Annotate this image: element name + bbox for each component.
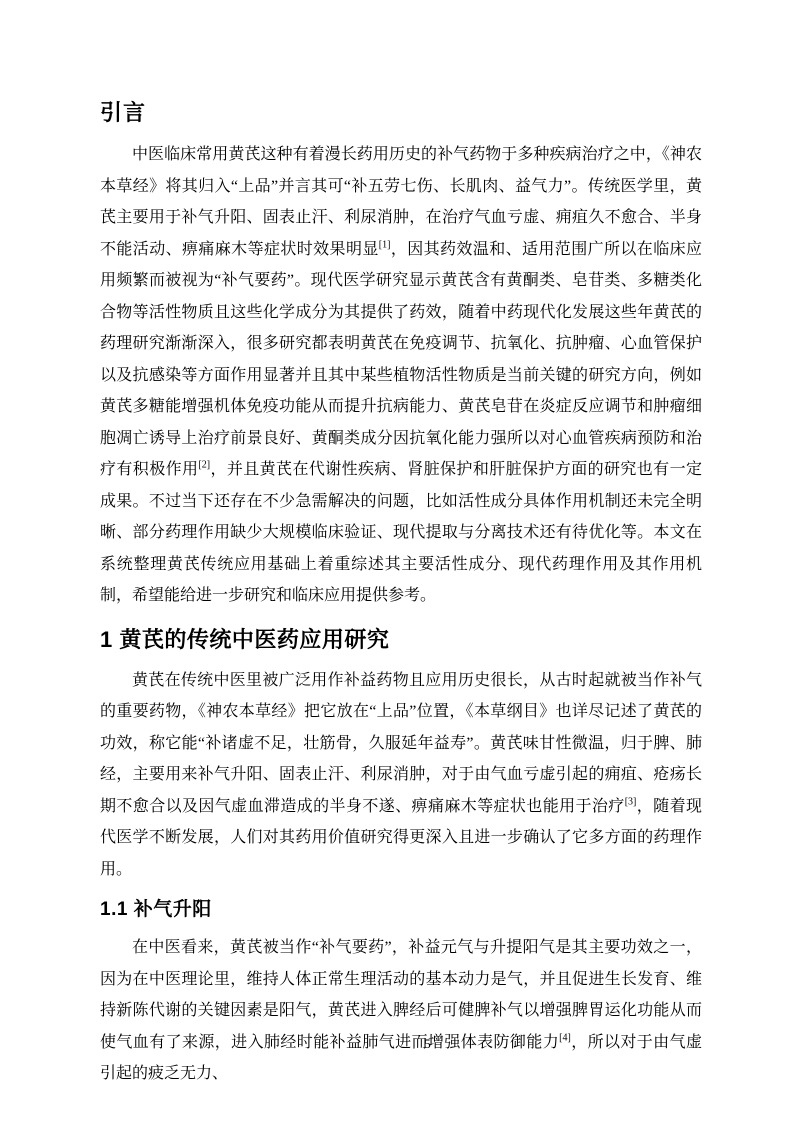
- paragraph-intro-text-3: ，并且黄芪在代谢性疾病、肾脏保护和肝脏保护方面的研究也有一定成果。不过当下还存在…: [100, 461, 702, 604]
- page-number: 5: [0, 1036, 793, 1052]
- document-content: 引言 中医临床常用黄芪这种有着漫长药用历史的补气药物于多种疾病治疗之中，《神农本…: [100, 98, 702, 1090]
- citation-ref-3: [3]: [625, 796, 637, 807]
- heading-intro: 引言: [100, 98, 702, 128]
- citation-ref-2: [2]: [198, 460, 210, 471]
- paragraph-section-1-1: 在中医看来，黄芪被当作“补气要药”，补益元气与升提阳气是其主要功效之一，因为在中…: [100, 932, 702, 1090]
- paragraph-intro: 中医临床常用黄芪这种有着漫长药用历史的补气药物于多种疾病治疗之中，《神农本草经》…: [100, 139, 702, 612]
- paragraph-intro-text-2: ，因其药效温和、适用范围广所以在临床应用频繁而被视为“补气要药”。现代医学研究显…: [100, 241, 702, 479]
- citation-ref-1: [1]: [379, 239, 391, 250]
- heading-section-1-1: 1.1 补气升阳: [100, 897, 702, 923]
- document-page: 引言 中医临床常用黄芪这种有着漫长药用历史的补气药物于多种疾病治疗之中，《神农本…: [0, 0, 793, 1122]
- heading-section-1: 1 黄芪的传统中医药应用研究: [100, 625, 702, 655]
- paragraph-section-1: 黄芪在传统中医里被广泛用作补益药物且应用历史很长，从古时起就被当作补气的重要药物…: [100, 665, 702, 886]
- paragraph-section-1-text-1: 黄芪在传统中医里被广泛用作补益药物且应用历史很长，从古时起就被当作补气的重要药物…: [100, 672, 702, 815]
